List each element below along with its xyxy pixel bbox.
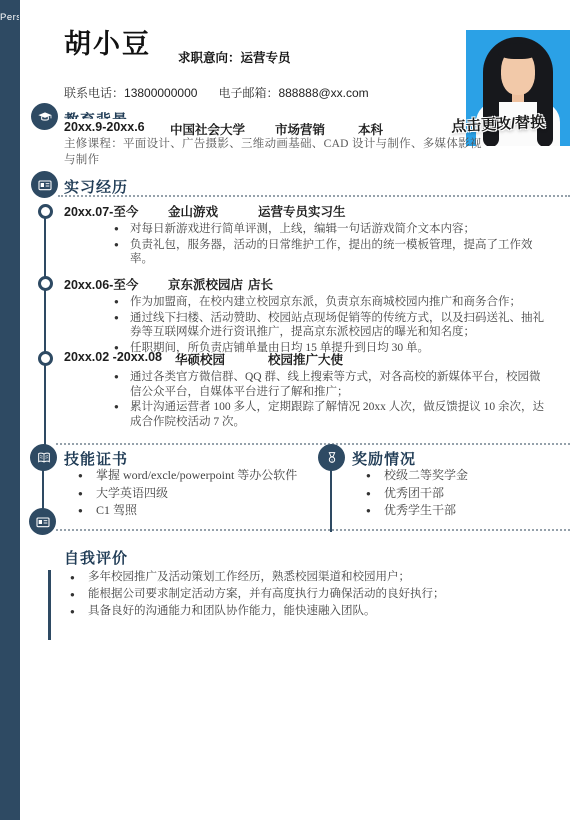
left-accent-bar: Perso: [0, 0, 20, 820]
book-icon: [30, 444, 57, 471]
bullet-text: 负责礼包，服务器，活动的日常维护工作，提出的统一模板管理，提高了工作效率。: [130, 238, 546, 267]
skill-item: ●C1 驾照: [78, 502, 318, 520]
bullet-dot: ●: [366, 502, 384, 520]
connector-line-left: [42, 470, 44, 510]
bullet-item: ●通过线下扫楼、活动赞助、校园站点现场促销等的传统方式，以及扫码送礼、抽礼券等互…: [114, 311, 546, 340]
bullet-dot: ●: [114, 370, 130, 399]
job-entry-1: 20xx.07-至今 金山游戏 运营专员实习生 ●对每日新游戏进行简单评测，上线…: [64, 202, 564, 268]
self-evaluation-item: ●能根据公司要求制定活动方案，并有高度执行力确保活动的良好执行；: [62, 586, 552, 603]
bullet-dot: ●: [114, 295, 130, 310]
timeline-dot-3: [38, 351, 53, 366]
self-evaluation-text: 具备良好的沟通能力和团队协作能力，能快速融入团队。: [88, 603, 376, 620]
bullet-dot: ●: [62, 569, 88, 586]
self-evaluation-item: ●具备良好的沟通能力和团队协作能力，能快速融入团队。: [62, 603, 552, 620]
skill-text: 掌握 word/excle/powerpoint 等办公软件: [96, 467, 297, 485]
job-3-role: 校园推广大使: [268, 350, 343, 368]
bullet-item: ●通过各类官方微信群、QQ 群、线上搜索等方式，对各高校的新媒体平台，校园微信公…: [114, 370, 546, 399]
job-entry-2: 20xx.06-至今 京东派校园店 店长 ●作为加盟商，在校内建立校园京东派，负…: [64, 275, 564, 356]
awards-title: 奖励情况: [352, 448, 416, 469]
education-courses: 主修课程：平面设计、广告摄影、三维动画基础、CAD 设计与制作、多媒体影视与制作: [64, 135, 484, 167]
job-3-company: 华硕校园: [175, 350, 225, 368]
self-evaluation-list: ●多年校园推广及活动策划工作经历，熟悉校园渠道和校园用户； ●能根据公司要求制定…: [62, 569, 552, 620]
id-card-icon: [29, 508, 56, 535]
badge-card-icon: [31, 171, 58, 198]
bullet-text: 对每日新游戏进行简单评测，上线，编辑一句话游戏简介文本内容；: [130, 222, 546, 237]
job-2-bullets: ●作为加盟商，在校内建立校园京东派，负责京东商城校园内推广和商务合作； ●通过线…: [114, 295, 546, 355]
divider-dotted-1: [58, 195, 570, 197]
skill-item: ●掌握 word/excle/powerpoint 等办公软件: [78, 467, 318, 485]
job-1-bullets: ●对每日新游戏进行简单评测，上线，编辑一句话游戏简介文本内容； ●负责礼包，服务…: [114, 222, 546, 267]
candidate-name: 胡小豆: [64, 22, 151, 61]
job-1-date: 20xx.07-至今: [64, 205, 138, 219]
divider-dotted-3: [56, 529, 570, 531]
resume-page: Perso 胡小豆 求职意向：运营专员 联系电话：13800000000 电子邮…: [0, 0, 580, 820]
phone-value: 13800000000: [124, 86, 197, 100]
job-3-date: 20xx.02 -20xx.08: [64, 350, 162, 364]
connector-line-right: [330, 470, 332, 532]
bullet-dot: ●: [62, 603, 88, 620]
award-text: 优秀团干部: [384, 485, 444, 503]
bullet-dot: ●: [114, 238, 130, 267]
job-intent-label: 求职意向：: [178, 51, 241, 65]
bullet-dot: ●: [78, 485, 96, 503]
bullet-item: ●对每日新游戏进行简单评测，上线，编辑一句话游戏简介文本内容；: [114, 222, 546, 237]
timeline-line: [44, 212, 46, 448]
bullet-text: 累计沟通运营者 100 多人，定期跟踪了解情况 20xx 人次，做反馈提议 10…: [130, 400, 546, 429]
medal-icon: 1: [318, 444, 345, 471]
email-label: 电子邮箱：: [218, 86, 278, 100]
bullet-item: ●负责礼包，服务器，活动的日常维护工作，提出的统一模板管理，提高了工作效率。: [114, 238, 546, 267]
skills-title: 技能证书: [64, 448, 128, 469]
skill-text: C1 驾照: [96, 502, 137, 520]
job-intent-value: 运营专员: [241, 51, 291, 65]
bullet-dot: ●: [114, 222, 130, 237]
skills-list: ●掌握 word/excle/powerpoint 等办公软件 ●大学英语四级 …: [78, 467, 318, 520]
bullet-text: 通过线下扫楼、活动赞助、校园站点现场促销等的传统方式，以及扫码送礼、抽礼券等互联…: [130, 311, 546, 340]
timeline-dot-1: [38, 204, 53, 219]
phone-label: 联系电话：: [64, 86, 124, 100]
award-item: ●优秀学生干部: [366, 502, 580, 520]
job-1-role: 运营专员实习生: [258, 202, 346, 220]
bullet-text: 作为加盟商，在校内建立校园京东派，负责京东商城校园内推广和商务合作；: [130, 295, 546, 310]
skill-text: 大学英语四级: [96, 485, 168, 503]
self-evaluation-item: ●多年校园推广及活动策划工作经历，熟悉校园渠道和校园用户；: [62, 569, 552, 586]
photo-fringe-shape: [498, 43, 538, 59]
self-evaluation-title: 自我评价: [64, 547, 128, 568]
skill-item: ●大学英语四级: [78, 485, 318, 503]
education-title-clipped: 教育背景: [64, 109, 184, 119]
job-3-header: 20xx.02 -20xx.08 华硕校园 校园推广大使: [64, 350, 564, 368]
award-text: 校级二等奖学金: [384, 467, 468, 485]
sidebar-vertical-text: Perso: [0, 12, 19, 23]
job-2-header: 20xx.06-至今 京东派校园店 店长: [64, 275, 564, 293]
bullet-dot: ●: [78, 467, 96, 485]
education-title: 教育背景: [64, 112, 128, 119]
bullet-dot: ●: [366, 485, 384, 503]
experience-title: 实习经历: [64, 176, 128, 197]
self-evaluation-text: 多年校园推广及活动策划工作经历，熟悉校园渠道和校园用户；: [88, 569, 410, 586]
job-1-header: 20xx.07-至今 金山游戏 运营专员实习生: [64, 202, 564, 220]
timeline-dot-2: [38, 276, 53, 291]
bullet-dot: ●: [366, 467, 384, 485]
awards-list: ●校级二等奖学金 ●优秀团干部 ●优秀学生干部: [366, 467, 580, 520]
svg-text:1: 1: [330, 458, 332, 462]
bullet-dot: ●: [114, 400, 130, 429]
bullet-text: 通过各类官方微信群、QQ 群、线上搜索等方式，对各高校的新媒体平台，校园微信公众…: [130, 370, 546, 399]
bullet-dot: ●: [114, 311, 130, 340]
job-intent: 求职意向：运营专员: [178, 48, 291, 66]
self-evaluation-text: 能根据公司要求制定活动方案，并有高度执行力确保活动的良好执行；: [88, 586, 445, 603]
award-item: ●校级二等奖学金: [366, 467, 580, 485]
email-value: 888888@xx.com: [278, 86, 368, 100]
job-2-date: 20xx.06-至今: [64, 278, 138, 292]
education-date: 20xx.9-20xx.6: [64, 120, 145, 134]
job-entry-3: 20xx.02 -20xx.08 华硕校园 校园推广大使 ●通过各类官方微信群、…: [64, 350, 564, 430]
self-evaluation-accent-line: [48, 570, 51, 640]
bullet-item: ●累计沟通运营者 100 多人，定期跟踪了解情况 20xx 人次，做反馈提议 1…: [114, 400, 546, 429]
award-text: 优秀学生干部: [384, 502, 456, 520]
contact-row: 联系电话：13800000000 电子邮箱：888888@xx.com: [64, 84, 369, 101]
bullet-dot: ●: [62, 586, 88, 603]
job-1-company: 金山游戏: [168, 202, 218, 220]
award-item: ●优秀团干部: [366, 485, 580, 503]
graduation-cap-icon: [31, 103, 58, 130]
bullet-dot: ●: [78, 502, 96, 520]
job-2-company: 京东派校园店: [168, 275, 243, 293]
job-2-role: 店长: [248, 275, 273, 293]
divider-dotted-2: [56, 443, 570, 445]
bullet-item: ●作为加盟商，在校内建立校园京东派，负责京东商城校园内推广和商务合作；: [114, 295, 546, 310]
job-3-bullets: ●通过各类官方微信群、QQ 群、线上搜索等方式，对各高校的新媒体平台，校园微信公…: [114, 370, 546, 429]
